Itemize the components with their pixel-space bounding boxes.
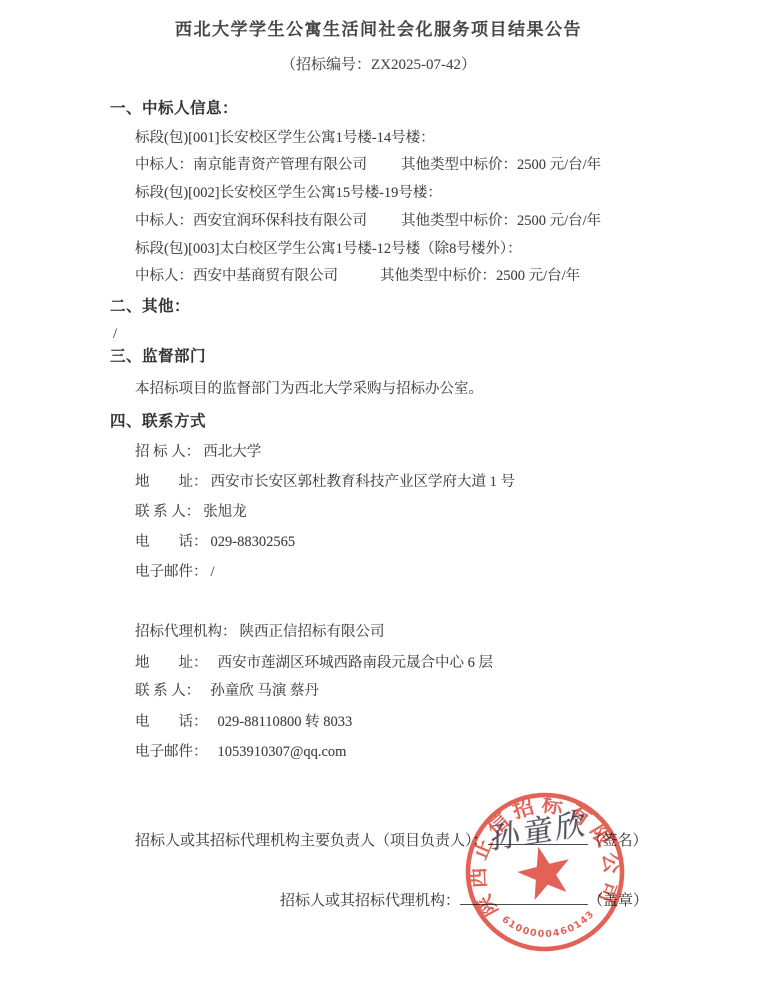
seal-star-icon <box>516 845 572 901</box>
agency-value: 陕西正信招标有限公司 <box>240 624 385 640</box>
email-value: / <box>211 564 215 580</box>
agency-email-value: 1053910307@qq.com <box>218 744 347 760</box>
address-label: 地 址： <box>135 473 208 492</box>
bid-winner-row-003: 中标人：西安中基商贸有限公司其他类型中标价：2500 元/台/年 <box>135 267 580 286</box>
agency-phone-value: 029-88110800 转 8033 <box>218 714 353 730</box>
agency-email-label: 电子邮件： <box>135 743 208 762</box>
tender-number: （招标编号：ZX2025-07-42） <box>0 56 757 75</box>
email-label: 电子邮件： <box>135 563 208 582</box>
agency-address-value: 西安市莲湖区环城西路南段元晟合中心 6 层 <box>218 655 494 671</box>
agency-row-address: 地 址：西安市莲湖区环城西路南段元晟合中心 6 层 <box>135 654 493 673</box>
phone-value: 029-88302565 <box>211 534 296 550</box>
winner-name-001: 中标人：南京能青资产管理有限公司 <box>135 157 367 173</box>
agency-row-email: 电子邮件：1053910307@qq.com <box>135 743 346 762</box>
address-value: 西安市长安区郭杜教育科技产业区学府大道 1 号 <box>211 474 516 490</box>
person-label: 联 系 人： <box>135 503 200 522</box>
bid-segment-003: 标段(包)[003]太白校区学生公寓1号楼-12号楼（除8号楼外）： <box>135 240 522 259</box>
agency-row-name: 招标代理机构：陕西正信招标有限公司 <box>135 623 385 642</box>
phone-label: 电 话： <box>135 533 208 552</box>
seal-graphic: 陕西正信招标有限公司 6100000460143 <box>422 749 667 992</box>
winner-name-003: 中标人：西安中基商贸有限公司 <box>135 268 338 284</box>
bid-winner-row-002: 中标人：西安宜润环保科技有限公司其他类型中标价：2500 元/台/年 <box>135 212 601 231</box>
winner-price-002: 其他类型中标价：2500 元/台/年 <box>401 212 601 231</box>
agency-person-value: 孙童欣 马演 蔡丹 <box>210 683 319 699</box>
agency-label: 招标代理机构： <box>135 623 237 642</box>
winner-price-001: 其他类型中标价：2500 元/台/年 <box>401 156 601 175</box>
bid-winner-row-001: 中标人：南京能青资产管理有限公司其他类型中标价：2500 元/台/年 <box>135 156 601 175</box>
agency-person-label: 联 系 人： <box>135 682 200 701</box>
supervisor-content: 本招标项目的监督部门为西北大学采购与招标办公室。 <box>135 380 483 399</box>
other-content: / <box>113 325 117 344</box>
contact-row-phone: 电 话：029-88302565 <box>135 533 295 552</box>
company-seal-stamp: 陕西正信招标有限公司 6100000460143 <box>430 757 660 987</box>
agency-address-label: 地 址： <box>135 654 208 673</box>
section-heading-supervisor: 三、监督部门 <box>110 347 206 366</box>
section-heading-contact: 四、联系方式 <box>110 412 206 431</box>
bid-segment-002: 标段(包)[002]长安校区学生公寓15号楼-19号楼： <box>135 184 442 203</box>
winner-price-003: 其他类型中标价：2500 元/台/年 <box>380 267 580 286</box>
contact-row-tenderer: 招 标 人：西北大学 <box>135 443 261 462</box>
contact-row-person: 联 系 人：张旭龙 <box>135 503 247 522</box>
agency-phone-label: 电 话： <box>135 713 208 732</box>
agency-row-phone: 电 话：029-88110800 转 8033 <box>135 713 352 732</box>
section-heading-winners: 一、中标人信息： <box>110 99 238 118</box>
winner-name-002: 中标人：西安宜润环保科技有限公司 <box>135 213 367 229</box>
section-heading-other: 二、其他： <box>110 297 190 316</box>
tenderer-label: 招 标 人： <box>135 443 200 462</box>
contact-row-email: 电子邮件：/ <box>135 563 215 582</box>
bid-segment-001: 标段(包)[001]长安校区学生公寓1号楼-14号楼： <box>135 129 435 148</box>
agency-row-person: 联 系 人：孙童欣 马演 蔡丹 <box>135 682 319 701</box>
document-title: 西北大学学生公寓生活间社会化服务项目结果公告 <box>0 20 757 39</box>
contact-row-address: 地 址：西安市长安区郭杜教育科技产业区学府大道 1 号 <box>135 473 515 492</box>
scanned-document-page: 西北大学学生公寓生活间社会化服务项目结果公告 （招标编号：ZX2025-07-4… <box>0 0 757 992</box>
person-value: 张旭龙 <box>203 504 247 520</box>
tenderer-value: 西北大学 <box>203 444 261 460</box>
